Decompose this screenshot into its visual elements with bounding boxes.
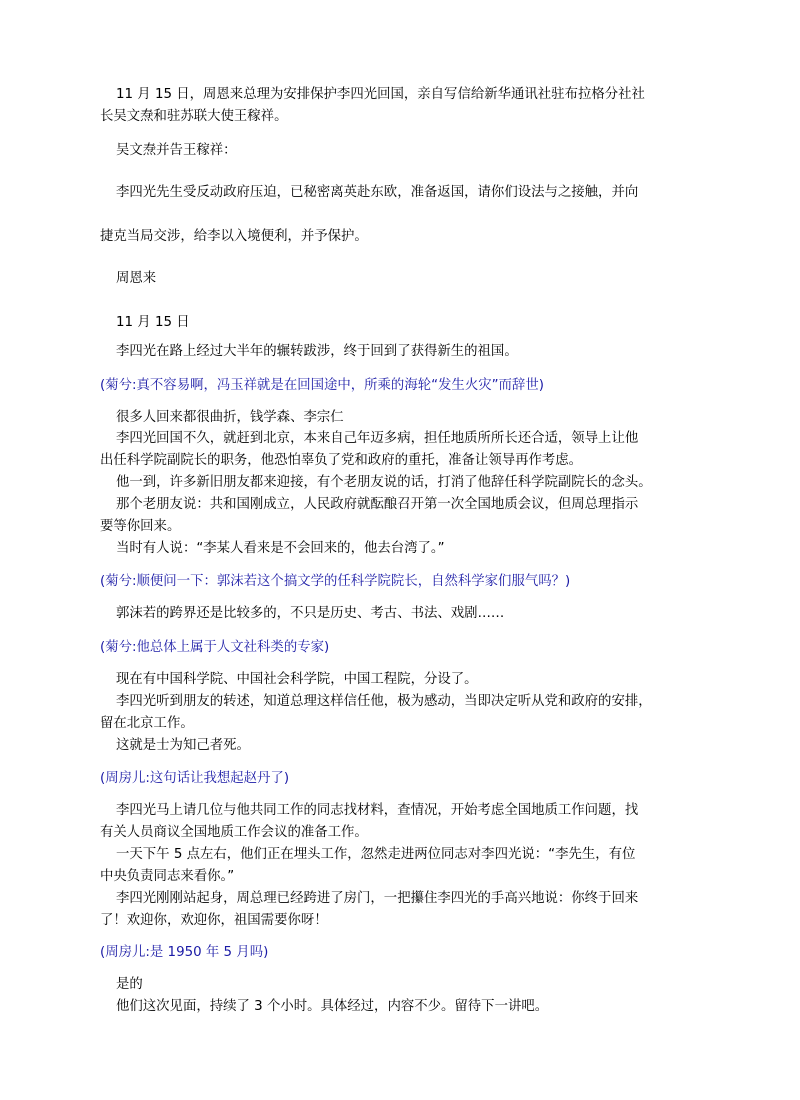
reader-comment-line: (菊兮:真不容易啊，冯玉祥就是在回国途中，所乘的海轮“发生火灾”而辞世) bbox=[100, 376, 544, 396]
reader-comment-line: (周房儿:这句话让我想起赵丹了) bbox=[100, 769, 289, 789]
paragraph-line: 一天下午 5 点左右，他们正在埋头工作，忽然走进两位同志对李四光说：“李先生，有… bbox=[100, 845, 635, 865]
reader-comment-line: (菊兮:顺便问一下：郭沫若这个搞文学的任科学院院长，自然科学家们服气吗？) bbox=[100, 572, 570, 592]
paragraph-line: 他一到，许多新旧朋友都来迎接，有个老朋友说的话，打消了他辞任科学院副院长的念头。 bbox=[100, 473, 652, 493]
paragraph-line: 吴文焘并告王稼祥： bbox=[100, 141, 237, 161]
paragraph-line: 李四光刚刚站起身，周总理已经跨进了房门，一把攥住李四光的手高兴地说：你终于回来 bbox=[100, 889, 638, 909]
paragraph-line: 李四光在路上经过大半年的辗转跋涉，终于回到了获得新生的祖国。 bbox=[100, 342, 518, 362]
paragraph-line: 了！欢迎你，欢迎你，祖国需要你呀！ bbox=[100, 911, 328, 931]
paragraph-line: 长吴文焘和驻苏联大使王稼祥。 bbox=[100, 107, 287, 127]
paragraph-line: 出任科学院副院长的职务，他恐怕辜负了党和政府的重托，准备让领导再作考虑。 bbox=[100, 451, 582, 471]
paragraph-line: 李四光先生受反动政府压迫，已秘密离英赴东欧，准备返国，请你们设法与之接触，并向 bbox=[100, 183, 638, 203]
paragraph-line: 捷克当局交涉，给李以入境便利，并予保护。 bbox=[100, 227, 368, 247]
paragraph-line: 很多人回来都很曲折，钱学森、李宗仁 bbox=[100, 408, 344, 428]
paragraph-line: 现在有中国科学院、中国社会科学院，中国工程院，分设了。 bbox=[100, 670, 478, 690]
paragraph-line: 李四光听到朋友的转述，知道总理这样信任他，极为感动，当即决定听从党和政府的安排， bbox=[100, 692, 652, 712]
paragraph-line: 是的 bbox=[100, 975, 143, 995]
paragraph-line: 李四光回国不久，就赶到北京，本来自己年迈多病，担任地质所所长还合适，领导上让他 bbox=[100, 429, 638, 449]
reader-comment-line: (菊兮:他总体上属于人文社科类的专家) bbox=[100, 638, 329, 658]
paragraph-line: 这就是士为知己者死。 bbox=[100, 736, 250, 756]
paragraph-line: 11 月 15 日 bbox=[100, 313, 190, 333]
paragraph-line: 那个老朋友说：共和国刚成立，人民政府就酝酿召开第一次全国地质会议，但周总理指示 bbox=[100, 495, 638, 515]
paragraph-line: 李四光马上请几位与他共同工作的同志找材料，查情况，开始考虑全国地质工作问题，找 bbox=[100, 801, 638, 821]
paragraph-line: 中央负责同志来看你。” bbox=[100, 867, 234, 887]
paragraph-line: 有关人员商议全国地质工作会议的准备工作。 bbox=[100, 823, 368, 843]
reader-comment-line: (周房儿:是 1950 年 5 月吗) bbox=[100, 943, 268, 963]
paragraph-line: 他们这次见面，持续了 3 个小时。具体经过，内容不少。留待下一讲吧。 bbox=[100, 997, 548, 1017]
paragraph-line: 要等你回来。 bbox=[100, 517, 180, 537]
paragraph-line: 当时有人说：“李某人看来是不会回来的，他去台湾了。” bbox=[100, 539, 445, 559]
paragraph-line: 11 月 15 日，周恩来总理为安排保护李四光回国，亲自写信给新华通讯社驻布拉格… bbox=[100, 85, 645, 105]
paragraph-line: 留在北京工作。 bbox=[100, 714, 194, 734]
paragraph-line: 周恩来 bbox=[100, 269, 156, 289]
paragraph-line: 郭沫若的跨界还是比较多的，不只是历史、考古、书法、戏剧…… bbox=[100, 604, 504, 624]
